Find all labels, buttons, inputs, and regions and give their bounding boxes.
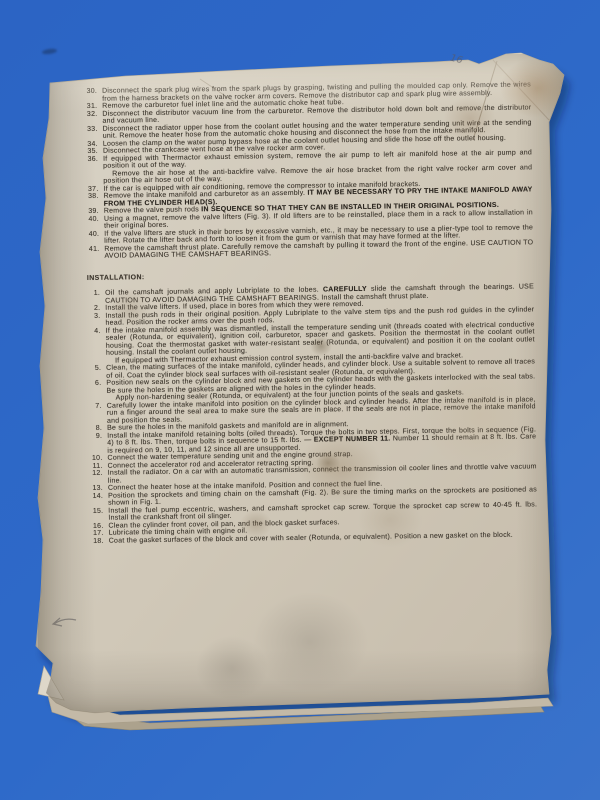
- paper-texture-layer: [0, 0, 600, 800]
- photo-of-manual-page: 30.Disconnect the spark plug wires from …: [0, 0, 600, 800]
